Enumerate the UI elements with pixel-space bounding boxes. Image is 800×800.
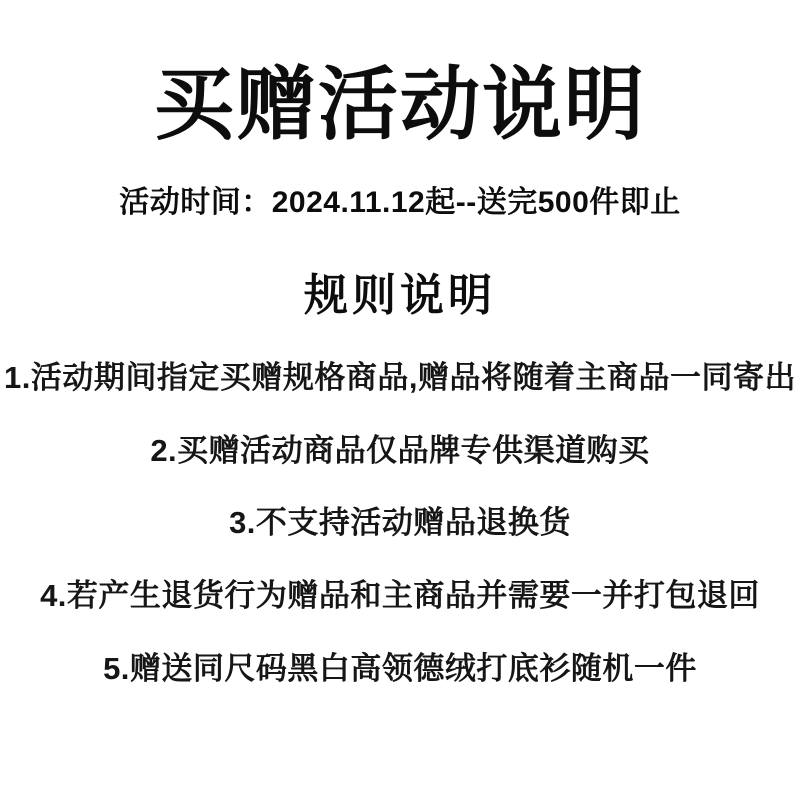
- rules-heading: 规则说明: [0, 268, 800, 323]
- promo-notice-page: 买赠活动说明 活动时间：2024.11.12起--送完500件即止 规则说明 1…: [0, 0, 800, 800]
- rule-item-5: 5.赠送同尺码黑白高领德绒打底衫随机一件: [0, 651, 800, 687]
- activity-time-text: 活动时间：2024.11.12起--送完500件即止: [0, 183, 800, 222]
- rule-item-3: 3.不支持活动赠品退换货: [0, 505, 800, 541]
- rule-item-4: 4.若产生退货行为赠品和主商品并需要一并打包退回: [0, 578, 800, 614]
- rule-item-1: 1.活动期间指定买赠规格商品,赠品将随着主商品一同寄出: [0, 360, 800, 396]
- page-title: 买赠活动说明: [0, 0, 800, 155]
- rule-item-2: 2.买赠活动商品仅品牌专供渠道购买: [0, 433, 800, 469]
